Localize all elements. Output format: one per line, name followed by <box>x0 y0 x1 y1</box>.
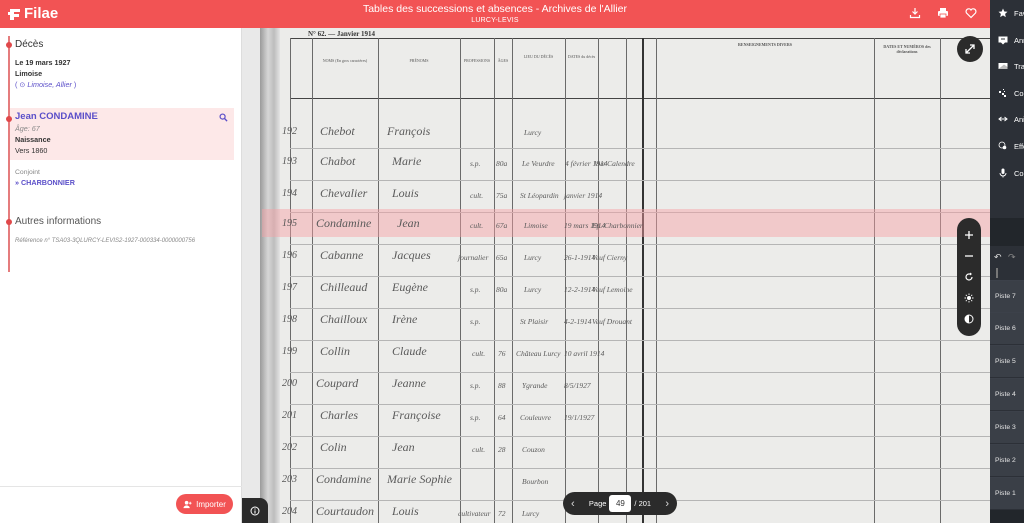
row-line <box>290 148 990 149</box>
microphone-icon <box>998 168 1008 178</box>
row-line <box>290 244 990 245</box>
table-top-line <box>290 38 990 39</box>
info-button[interactable] <box>242 498 268 523</box>
row-surname: Condamine <box>316 472 371 487</box>
row-date: 19/1/1927 <box>564 413 594 422</box>
row-profession: s.p. <box>470 317 480 326</box>
col-line <box>626 38 627 523</box>
search-icon[interactable] <box>219 113 228 122</box>
row-place: Couzon <box>522 445 545 454</box>
row-profession: journalier <box>458 253 488 262</box>
row-firstname: Marie Sophie <box>387 472 452 487</box>
nav-favoris[interactable]: Favoris <box>990 0 1024 26</box>
row-line <box>290 308 990 309</box>
row-firstname: Jacques <box>392 248 431 263</box>
sidebar-divider <box>990 218 1024 246</box>
col-line <box>494 38 495 523</box>
timeline-dot-deces <box>6 42 12 48</box>
row-profession: cultivateur <box>458 509 491 518</box>
info-icon <box>250 506 260 516</box>
row-firstname: Louis <box>392 504 419 519</box>
row-surname: Chebot <box>320 124 355 139</box>
event-title: Décès <box>15 39 43 50</box>
row-number: 195 <box>282 218 297 229</box>
row-line <box>290 404 990 405</box>
row-domicile: Veuf Cierny <box>592 253 627 262</box>
rotate-button[interactable] <box>962 270 976 284</box>
row-age: 76 <box>498 349 506 358</box>
import-label: Importer <box>196 500 226 509</box>
download-icon <box>909 7 921 19</box>
document-title-block: Tables des successions et absences - Arc… <box>0 3 990 26</box>
row-firstname: Louis <box>392 186 419 201</box>
row-place: Ygrande <box>522 381 547 390</box>
event-place: Limoise <box>15 69 42 79</box>
track-slider[interactable] <box>996 268 998 278</box>
nav-effets[interactable]: Effets <box>990 133 1024 159</box>
panel-divider <box>0 486 242 487</box>
row-age: 65a <box>496 253 507 262</box>
image-icon <box>998 61 1008 71</box>
row-firstname: Irène <box>392 312 417 327</box>
col-line <box>312 38 313 523</box>
row-place: Lurcy <box>524 253 541 262</box>
row-number: 193 <box>282 156 297 167</box>
event-place-link-row: ( ⊙ Limoise, Allier ) <box>15 80 76 90</box>
expand-icon <box>964 43 976 55</box>
track-tools: ↶ ↷ <box>990 246 1024 282</box>
row-domicile: Vve Calendre <box>594 159 635 168</box>
row-domicile: Ep. Charbonnier <box>592 221 643 230</box>
next-page-button[interactable]: › <box>665 498 669 510</box>
row-age: 72 <box>498 509 506 518</box>
row-number: 204 <box>282 506 297 517</box>
nav-contraste[interactable]: Contraste <box>990 80 1024 106</box>
row-date: janvier 1914 <box>564 191 602 200</box>
print-icon <box>937 7 949 19</box>
col-header: RENSEIGNEMENTS DIVERS <box>656 42 874 47</box>
nav-label: Transcription <box>1014 62 1024 71</box>
row-number: 198 <box>282 314 297 325</box>
row-number: 202 <box>282 442 297 453</box>
col-header: NOMS (En gros caractères) <box>312 58 378 63</box>
row-profession: cult. <box>470 191 483 200</box>
row-firstname: Françoise <box>392 408 441 423</box>
row-profession: cult. <box>470 221 483 230</box>
row-date: 8/5/1927 <box>564 381 591 390</box>
row-date: 26-1-1914 <box>564 253 595 262</box>
effects-icon <box>998 141 1008 151</box>
col-line <box>598 38 599 523</box>
comment-icon <box>998 35 1008 45</box>
row-firstname: Jean <box>397 216 420 231</box>
track-item[interactable]: Piste 7 <box>990 280 1024 312</box>
zoom-in-button[interactable] <box>962 228 976 242</box>
col-line <box>512 38 513 523</box>
row-firstname: Jean <box>392 440 415 455</box>
row-place: St Léopardin <box>520 191 559 200</box>
row-place: Limoise <box>524 221 548 230</box>
row-surname: Colin <box>320 440 347 455</box>
row-firstname: Jeanne <box>392 376 426 391</box>
record-details-panel: Décès Le 19 mars 1927 Limoise ( ⊙ Limois… <box>0 28 242 523</box>
row-date: 10 avril 1914 <box>564 349 604 358</box>
timeline-dot-person <box>6 116 12 122</box>
row-date: 4-2-1914 <box>564 317 592 326</box>
person-card[interactable]: Jean CONDAMINE Âge: 67 Naissance Vers 18… <box>10 108 234 160</box>
contrast-icon <box>964 314 974 324</box>
undo-button[interactable]: ↶ <box>994 252 1002 263</box>
logo-text: Filae <box>24 5 58 22</box>
app-root: Filae Tables des successions et absences… <box>0 0 1024 523</box>
nav-label: Annotations <box>1014 36 1024 45</box>
header-actions <box>908 6 978 20</box>
row-age: 67a <box>496 221 507 230</box>
col-header: PROFESSIONS <box>460 58 494 63</box>
row-profession: s.p. <box>470 413 480 422</box>
row-firstname: Eugène <box>392 280 428 295</box>
row-firstname: François <box>387 124 430 139</box>
document-viewer[interactable]: N° 62. — Janvier 1914 NOMS (En gros cara… <box>242 28 990 523</box>
col-line <box>460 38 461 523</box>
row-profession: cult. <box>472 349 485 358</box>
row-surname: Courtaudon <box>316 504 374 519</box>
row-profession: cult. <box>472 445 485 454</box>
row-surname: Chabot <box>320 154 355 169</box>
row-line <box>290 372 990 373</box>
row-age: 64 <box>498 413 506 422</box>
nav-commentaires[interactable]: Commentaires audio <box>990 160 1024 186</box>
row-profession: s.p. <box>470 381 480 390</box>
filae-logo[interactable]: Filae <box>8 5 58 22</box>
image-controls <box>957 218 981 336</box>
row-number: 201 <box>282 410 297 421</box>
row-place: Lurcy <box>524 128 541 137</box>
row-line <box>290 276 990 277</box>
row-age: 80a <box>496 159 507 168</box>
row-profession: s.p. <box>470 159 480 168</box>
page-binding <box>260 28 280 523</box>
document-subtitle: LURCY-LEVIS <box>0 16 990 26</box>
track-item[interactable]: Piste 5 <box>990 345 1024 377</box>
row-number: 196 <box>282 250 297 261</box>
row-line <box>290 468 990 469</box>
row-line <box>290 340 990 341</box>
col-header: LIEU DU DÉCÈS <box>512 54 565 59</box>
timeline-dot-other <box>6 219 12 225</box>
minus-icon <box>964 251 974 261</box>
track-item[interactable]: Piste 2 <box>990 444 1024 476</box>
col-line <box>565 38 566 523</box>
pixels-icon <box>998 88 1008 98</box>
row-surname: Chilleaud <box>320 280 367 295</box>
nav-annotations[interactable]: Annotations <box>990 27 1024 53</box>
other-info-title: Autres informations <box>15 216 101 227</box>
track-item[interactable]: Piste 3 <box>990 411 1024 443</box>
row-surname: Chailloux <box>320 312 367 327</box>
row-place: Couleuvre <box>520 413 551 422</box>
page-number-input[interactable] <box>609 495 631 512</box>
row-number: 203 <box>282 474 297 485</box>
row-place: Lurcy <box>522 509 539 518</box>
document-title: Tables des successions et absences - Arc… <box>0 3 990 16</box>
add-user-icon <box>183 500 192 509</box>
row-domicile: Veuf Lemoine <box>592 285 633 294</box>
page-total: / 201 <box>634 499 651 508</box>
col-line <box>940 38 941 523</box>
table-header-line <box>290 98 990 99</box>
event-date: Le 19 mars 1927 <box>15 58 71 68</box>
nav-label: Animations <box>1014 115 1024 124</box>
col-header: ÂGES <box>494 58 512 63</box>
paren-close: ) <box>72 80 76 89</box>
brightness-icon <box>964 293 974 303</box>
nav-animations[interactable]: Animations <box>990 106 1024 132</box>
col-line <box>874 38 875 523</box>
nav-label: Favoris <box>1014 9 1024 18</box>
track-label: Piste 6 <box>995 325 1016 332</box>
row-place: Bourbon <box>522 477 548 486</box>
track-label: Piste 4 <box>995 391 1016 398</box>
spouse-link[interactable]: » CHARBONNIER <box>15 178 75 188</box>
row-number: 199 <box>282 346 297 357</box>
import-button[interactable]: Importer <box>176 494 233 514</box>
reference-number: Référence n° TSA03-3QLURCY-LEVIS2-1927-0… <box>15 236 195 246</box>
download-button[interactable] <box>908 6 922 20</box>
nav-transcription[interactable]: Transcription <box>990 53 1024 79</box>
row-line <box>290 180 990 181</box>
row-place: Château Lurcy <box>516 349 561 358</box>
track-label: Piste 3 <box>995 424 1016 431</box>
sidebar-footer <box>990 510 1024 523</box>
col-line <box>378 38 379 523</box>
register-page-image: N° 62. — Janvier 1914 NOMS (En gros cara… <box>260 28 990 523</box>
row-number: 192 <box>282 126 297 137</box>
register-heading: N° 62. — Janvier 1914 <box>308 30 375 38</box>
track-label: Piste 1 <box>995 490 1016 497</box>
row-age: 88 <box>498 381 506 390</box>
row-surname: Coupard <box>316 376 358 391</box>
heart-icon <box>965 7 977 19</box>
brightness-button[interactable] <box>962 291 976 305</box>
fullscreen-button[interactable] <box>957 36 983 62</box>
track-item[interactable]: Piste 6 <box>990 312 1024 344</box>
row-number: 197 <box>282 282 297 293</box>
col-line <box>656 38 657 523</box>
redo-button[interactable]: ↷ <box>1008 252 1016 263</box>
row-age: 80a <box>496 285 507 294</box>
col-header: DATES du décès <box>565 54 598 59</box>
previous-page-button[interactable]: ‹ <box>571 498 575 510</box>
row-place: Le Veurdre <box>522 159 555 168</box>
row-surname: Cabanne <box>320 248 363 263</box>
row-number: 194 <box>282 188 297 199</box>
row-number: 200 <box>282 378 297 389</box>
track-label: Piste 5 <box>995 358 1016 365</box>
nav-label: Contraste <box>1014 89 1024 98</box>
row-line <box>290 436 990 437</box>
row-place: St Plaisir <box>520 317 548 326</box>
nav-label: Effets <box>1014 142 1024 151</box>
col-header: DATES ET NUMÉROS des déclarations <box>874 44 940 54</box>
print-button[interactable] <box>936 6 950 20</box>
nav-label: Commentaires audio <box>1014 169 1024 178</box>
top-header: Filae Tables des successions et absences… <box>0 0 990 28</box>
contrast-button[interactable] <box>962 312 976 326</box>
page-navigator: ‹ Page / 201 › <box>563 492 677 515</box>
birth-value: Vers 1860 <box>15 146 47 156</box>
page-label: Page <box>589 499 607 508</box>
event-place-link[interactable]: Limoise, Allier <box>27 80 71 89</box>
page-input-group: Page / 201 <box>589 495 651 512</box>
track-label: Piste 2 <box>995 457 1016 464</box>
birth-label: Naissance <box>15 135 51 145</box>
row-domicile: Veuf Drouant <box>592 317 632 326</box>
row-firstname: Marie <box>392 154 421 169</box>
row-age: 75a <box>496 191 507 200</box>
track-label: Piste 7 <box>995 293 1016 300</box>
filae-logo-icon <box>8 7 22 21</box>
zoom-out-button[interactable] <box>962 249 976 263</box>
row-place: Lurcy <box>524 285 541 294</box>
arrows-icon <box>998 114 1008 124</box>
plus-icon <box>964 230 974 240</box>
favorite-button[interactable] <box>964 6 978 20</box>
row-age: 28 <box>498 445 506 454</box>
star-icon <box>998 8 1008 18</box>
track-item[interactable]: Piste 1 <box>990 477 1024 509</box>
row-profession: s.p. <box>470 285 480 294</box>
row-date: 12-2-1914 <box>564 285 595 294</box>
page-gutter <box>642 38 644 523</box>
row-firstname: Claude <box>392 344 427 359</box>
col-header: PRÉNOMS <box>378 58 460 63</box>
spouse-label: Conjoint <box>15 168 40 178</box>
row-surname: Condamine <box>316 216 371 231</box>
person-age: Âge: 67 <box>15 124 40 134</box>
row-surname: Collin <box>320 344 350 359</box>
row-surname: Chevalier <box>320 186 367 201</box>
rotate-icon <box>964 272 974 282</box>
right-tools-sidebar: Favoris Annotations Transcription Contra… <box>990 0 1024 523</box>
person-name[interactable]: Jean CONDAMINE <box>15 111 98 122</box>
track-item[interactable]: Piste 4 <box>990 378 1024 410</box>
row-surname: Charles <box>320 408 358 423</box>
